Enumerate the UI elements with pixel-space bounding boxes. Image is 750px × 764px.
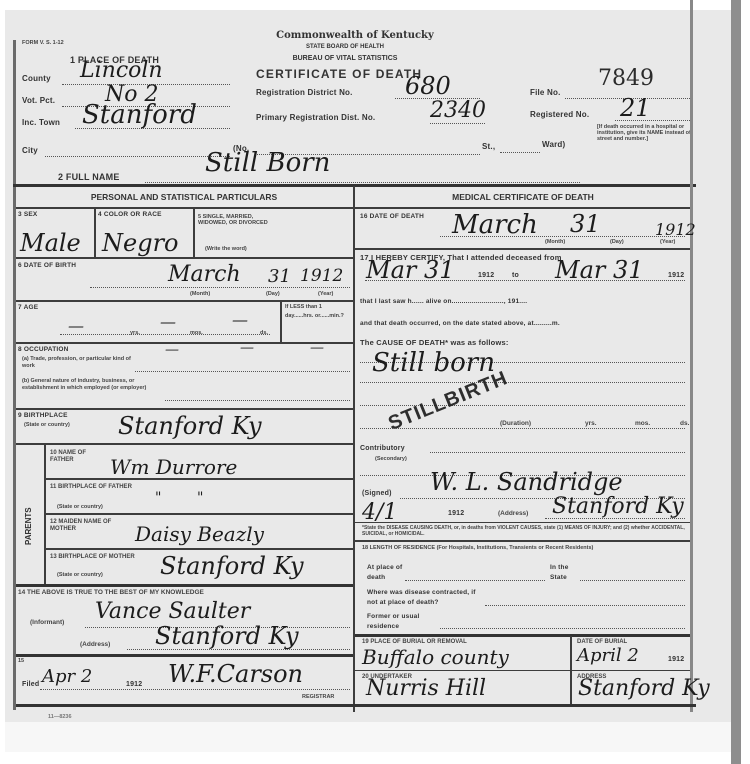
age-mos-label: mos.: [190, 330, 203, 336]
dod-month: March: [452, 210, 538, 240]
left-border: [13, 40, 16, 710]
contributory-label: Contributory: [360, 445, 405, 452]
full-name-label: 2 FULL NAME: [58, 172, 120, 182]
former-residence-label: Former or usual residence: [367, 612, 437, 632]
birthplace-label: 9 BIRTHPLACE: [18, 412, 68, 419]
occupation-b-label: (b) General nature of industry, business…: [22, 378, 167, 392]
age-value-ds: —: [232, 310, 248, 329]
color-divider: [193, 209, 195, 257]
to-year: 1912: [668, 272, 684, 279]
full-name-line: [145, 182, 580, 183]
in-state-line: [580, 580, 685, 581]
father-birthplace-line: [46, 513, 353, 515]
footer-code: 11—8236: [48, 714, 72, 720]
informant-address-label: (Address): [80, 642, 110, 648]
age-label: 7 AGE: [18, 304, 38, 311]
father-birthplace-value: " ": [155, 490, 203, 506]
row-divider-4: [16, 408, 353, 410]
father-row-line: [46, 478, 353, 480]
informant-address-value: Stanford Ky: [155, 622, 299, 650]
sex-divider: [94, 209, 96, 257]
informant-value: Vance Saulter: [95, 599, 250, 624]
age-value-mos: —: [160, 312, 176, 331]
dob-label: 6 DATE OF BIRTH: [18, 262, 76, 269]
occupation-value-1: —: [165, 342, 179, 358]
contributory-line: [430, 452, 685, 453]
duration-ds: ds.: [680, 421, 689, 427]
age-divider: [280, 300, 282, 342]
right-border: [690, 0, 693, 712]
dod-label: 16 DATE OF DEATH: [360, 213, 424, 220]
undertaker-value: Nurris Hill: [366, 676, 486, 701]
burial-value: Buffalo county: [362, 645, 509, 669]
county-value: Lincoln: [80, 58, 163, 83]
last-saw-text: that I last saw h...... alive on........…: [360, 298, 527, 305]
age-line: [60, 334, 270, 335]
occupation-value-3: —: [310, 340, 324, 356]
residence-label: 18 LENGTH OF RESIDENCE (For Hospitals, I…: [362, 545, 687, 551]
where-contracted-line: [485, 605, 685, 606]
footnote-top-line: [355, 522, 690, 523]
mother-birthplace-value: Stanford Ky: [160, 552, 304, 580]
registrar-signature: W.F.Carson: [168, 660, 303, 688]
duration-label: (Duration): [500, 421, 531, 427]
duration-line: [360, 428, 685, 429]
row-divider-3: [16, 342, 353, 344]
cause-value: Still born: [372, 348, 495, 378]
former-residence-line: [440, 628, 685, 629]
filed-number: 15: [18, 658, 24, 664]
dob-month: March: [168, 262, 241, 287]
to-label: to: [512, 272, 519, 279]
footnote-bottom-line: [355, 540, 690, 542]
where-contracted-label: Where was disease contracted, if not at …: [367, 588, 477, 608]
duration-mos: mos.: [635, 421, 650, 427]
burial-year: 1912: [668, 656, 684, 663]
commonwealth-title: Commonwealth of Kentucky: [260, 30, 450, 41]
paper-bottom-margin: [5, 722, 731, 752]
attended-to: Mar 31: [555, 256, 644, 284]
dob-day-caption: (Day): [266, 291, 280, 297]
full-name-value: Still Born: [205, 148, 330, 178]
at-place-label: At place of death: [367, 563, 407, 583]
mother-birthplace-label: 13 BIRTHPLACE OF MOTHER: [50, 554, 135, 561]
father-name-label: 10 NAME OF FATHER: [50, 450, 105, 464]
death-occurred-text: and that death occurred, on the date sta…: [360, 320, 560, 327]
filed-date: Apr 2: [42, 666, 92, 687]
occupation-a-label: (a) Trade, profession, or particular kin…: [22, 356, 137, 370]
dob-year: 1912: [300, 266, 343, 286]
residence-bottom-line: [355, 634, 690, 637]
dob-month-caption: (Month): [190, 291, 210, 297]
cause-line-2: [360, 382, 685, 383]
informant-label: (Informant): [30, 620, 64, 626]
primary-reg-value: 2340: [430, 98, 486, 123]
registrar-label: REGISTRAR: [302, 694, 334, 700]
father-birthplace-note: (State or country): [57, 504, 103, 510]
hospital-note: [If death occurred in a hospital or inst…: [597, 124, 692, 142]
birthplace-note: (State or country): [24, 422, 70, 428]
ward-label: Ward): [542, 140, 565, 149]
signed-label: (Signed): [362, 490, 392, 497]
file-no-label: File No.: [530, 88, 561, 97]
row-divider-2: [16, 300, 353, 302]
dob-year-caption: (Year): [318, 291, 333, 297]
bureau-name: BUREAU OF VITAL STATISTICS: [255, 55, 435, 62]
row-divider-5: [16, 443, 353, 445]
mother-name-value: Daisy Beazly: [135, 522, 264, 546]
filed-year: 1912: [126, 681, 142, 688]
occupation-value-2: —: [240, 340, 254, 356]
father-name-value: Wm Durrore: [110, 455, 237, 479]
medical-heading-line: [355, 207, 690, 209]
medical-address-value: Stanford Ky: [552, 494, 684, 519]
mother-birthplace-note: (State or country): [57, 572, 103, 578]
in-state-label: In the State: [550, 563, 580, 583]
color-value: Negro: [102, 229, 179, 257]
at-place-line: [405, 580, 545, 581]
father-birthplace-label: 11 BIRTHPLACE OF FATHER: [50, 484, 135, 491]
marital-note: (Write the word): [205, 246, 247, 252]
less-than-label: If LESS than 1 day......hrs. or......min…: [285, 303, 351, 321]
age-yrs-label: yrs.: [130, 330, 140, 336]
bottom-border: [16, 704, 696, 707]
city-line: [45, 156, 230, 157]
city-label: City: [22, 146, 38, 155]
footnote-text: *State the DISEASE CAUSING DEATH, or, in…: [362, 525, 687, 537]
registered-no-value: 21: [620, 94, 651, 122]
marital-label: 5 SINGLE, MARRIED, WIDOWED, OR DIVORCED: [198, 214, 268, 226]
dob-line: [90, 287, 350, 288]
personal-heading: PERSONAL AND STATISTICAL PARTICULARS: [16, 192, 352, 202]
sex-label: 3 SEX: [18, 211, 37, 218]
medical-heading: MEDICAL CERTIFICATE OF DEATH: [356, 192, 690, 202]
dod-day: 31: [570, 210, 601, 238]
sex-value: Male: [20, 229, 81, 257]
dod-year-caption: (Year): [660, 239, 675, 245]
st-label: St.,: [482, 142, 495, 151]
certificate-title: CERTIFICATE OF DEATH: [256, 67, 422, 81]
signed-year: 1912: [448, 510, 464, 517]
reg-district-label: Registration District No.: [256, 88, 353, 97]
inc-town-label: Inc. Town: [22, 118, 60, 127]
dod-day-caption: (Day): [610, 239, 624, 245]
row-divider-1: [16, 257, 353, 259]
birthplace-value: Stanford Ky: [118, 412, 262, 440]
parents-divider: [44, 445, 46, 585]
parents-bottom-line: [16, 584, 353, 587]
reg-district-value: 680: [405, 72, 451, 100]
duration-yrs: yrs.: [585, 421, 597, 427]
registered-no-label: Registered No.: [530, 110, 589, 119]
color-label: 4 COLOR OR RACE: [98, 211, 162, 218]
primary-reg-label: Primary Registration Dist. No.: [256, 113, 375, 122]
dod-bottom-line: [355, 248, 690, 250]
burial-date-value: April 2: [577, 645, 639, 666]
occupation-b-line: [165, 400, 350, 401]
mother-name-label: 12 MAIDEN NAME OF MOTHER: [50, 519, 135, 533]
filed-line: [40, 689, 350, 690]
dod-month-caption: (Month): [545, 239, 565, 245]
age-ds-label: ds.: [260, 330, 268, 336]
attended-from: Mar 31: [366, 256, 455, 284]
cause-label: The CAUSE OF DEATH* was as follows:: [360, 338, 509, 347]
file-no-value: 7849: [598, 66, 654, 91]
ward-line: [500, 152, 540, 153]
true-statement: 14 THE ABOVE IS TRUE TO THE BEST OF MY K…: [18, 590, 204, 596]
paper-edge: [731, 0, 741, 764]
vot-pct-label: Vot. Pct.: [22, 96, 55, 105]
county-label: County: [22, 74, 51, 83]
primary-reg-line: [430, 123, 485, 124]
medical-address-label: (Address): [498, 511, 528, 517]
informant-bottom-line: [16, 654, 353, 657]
from-year: 1912: [478, 272, 494, 279]
personal-heading-line: [16, 207, 353, 209]
board-name: STATE BOARD OF HEALTH: [260, 44, 430, 50]
filed-label: Filed: [22, 681, 39, 688]
inc-town-value: Stanford: [82, 100, 197, 130]
age-value-yrs: —: [68, 316, 84, 335]
occupation-label: 8 OCCUPATION: [18, 346, 69, 353]
signed-value: W. L. Sandridge: [430, 468, 623, 496]
parents-side-label: PARENTS: [24, 507, 33, 545]
secondary-label: (Secondary): [375, 456, 407, 462]
dob-day: 31: [268, 266, 291, 287]
dod-year: 1912: [655, 220, 696, 239]
mother-row-line: [46, 548, 353, 550]
burial-mid-line: [355, 670, 690, 671]
form-number: FORM V. S. 1-12: [22, 40, 64, 46]
occupation-a-line: [135, 371, 350, 372]
undertaker-address-value: Stanford Ky: [578, 676, 710, 701]
